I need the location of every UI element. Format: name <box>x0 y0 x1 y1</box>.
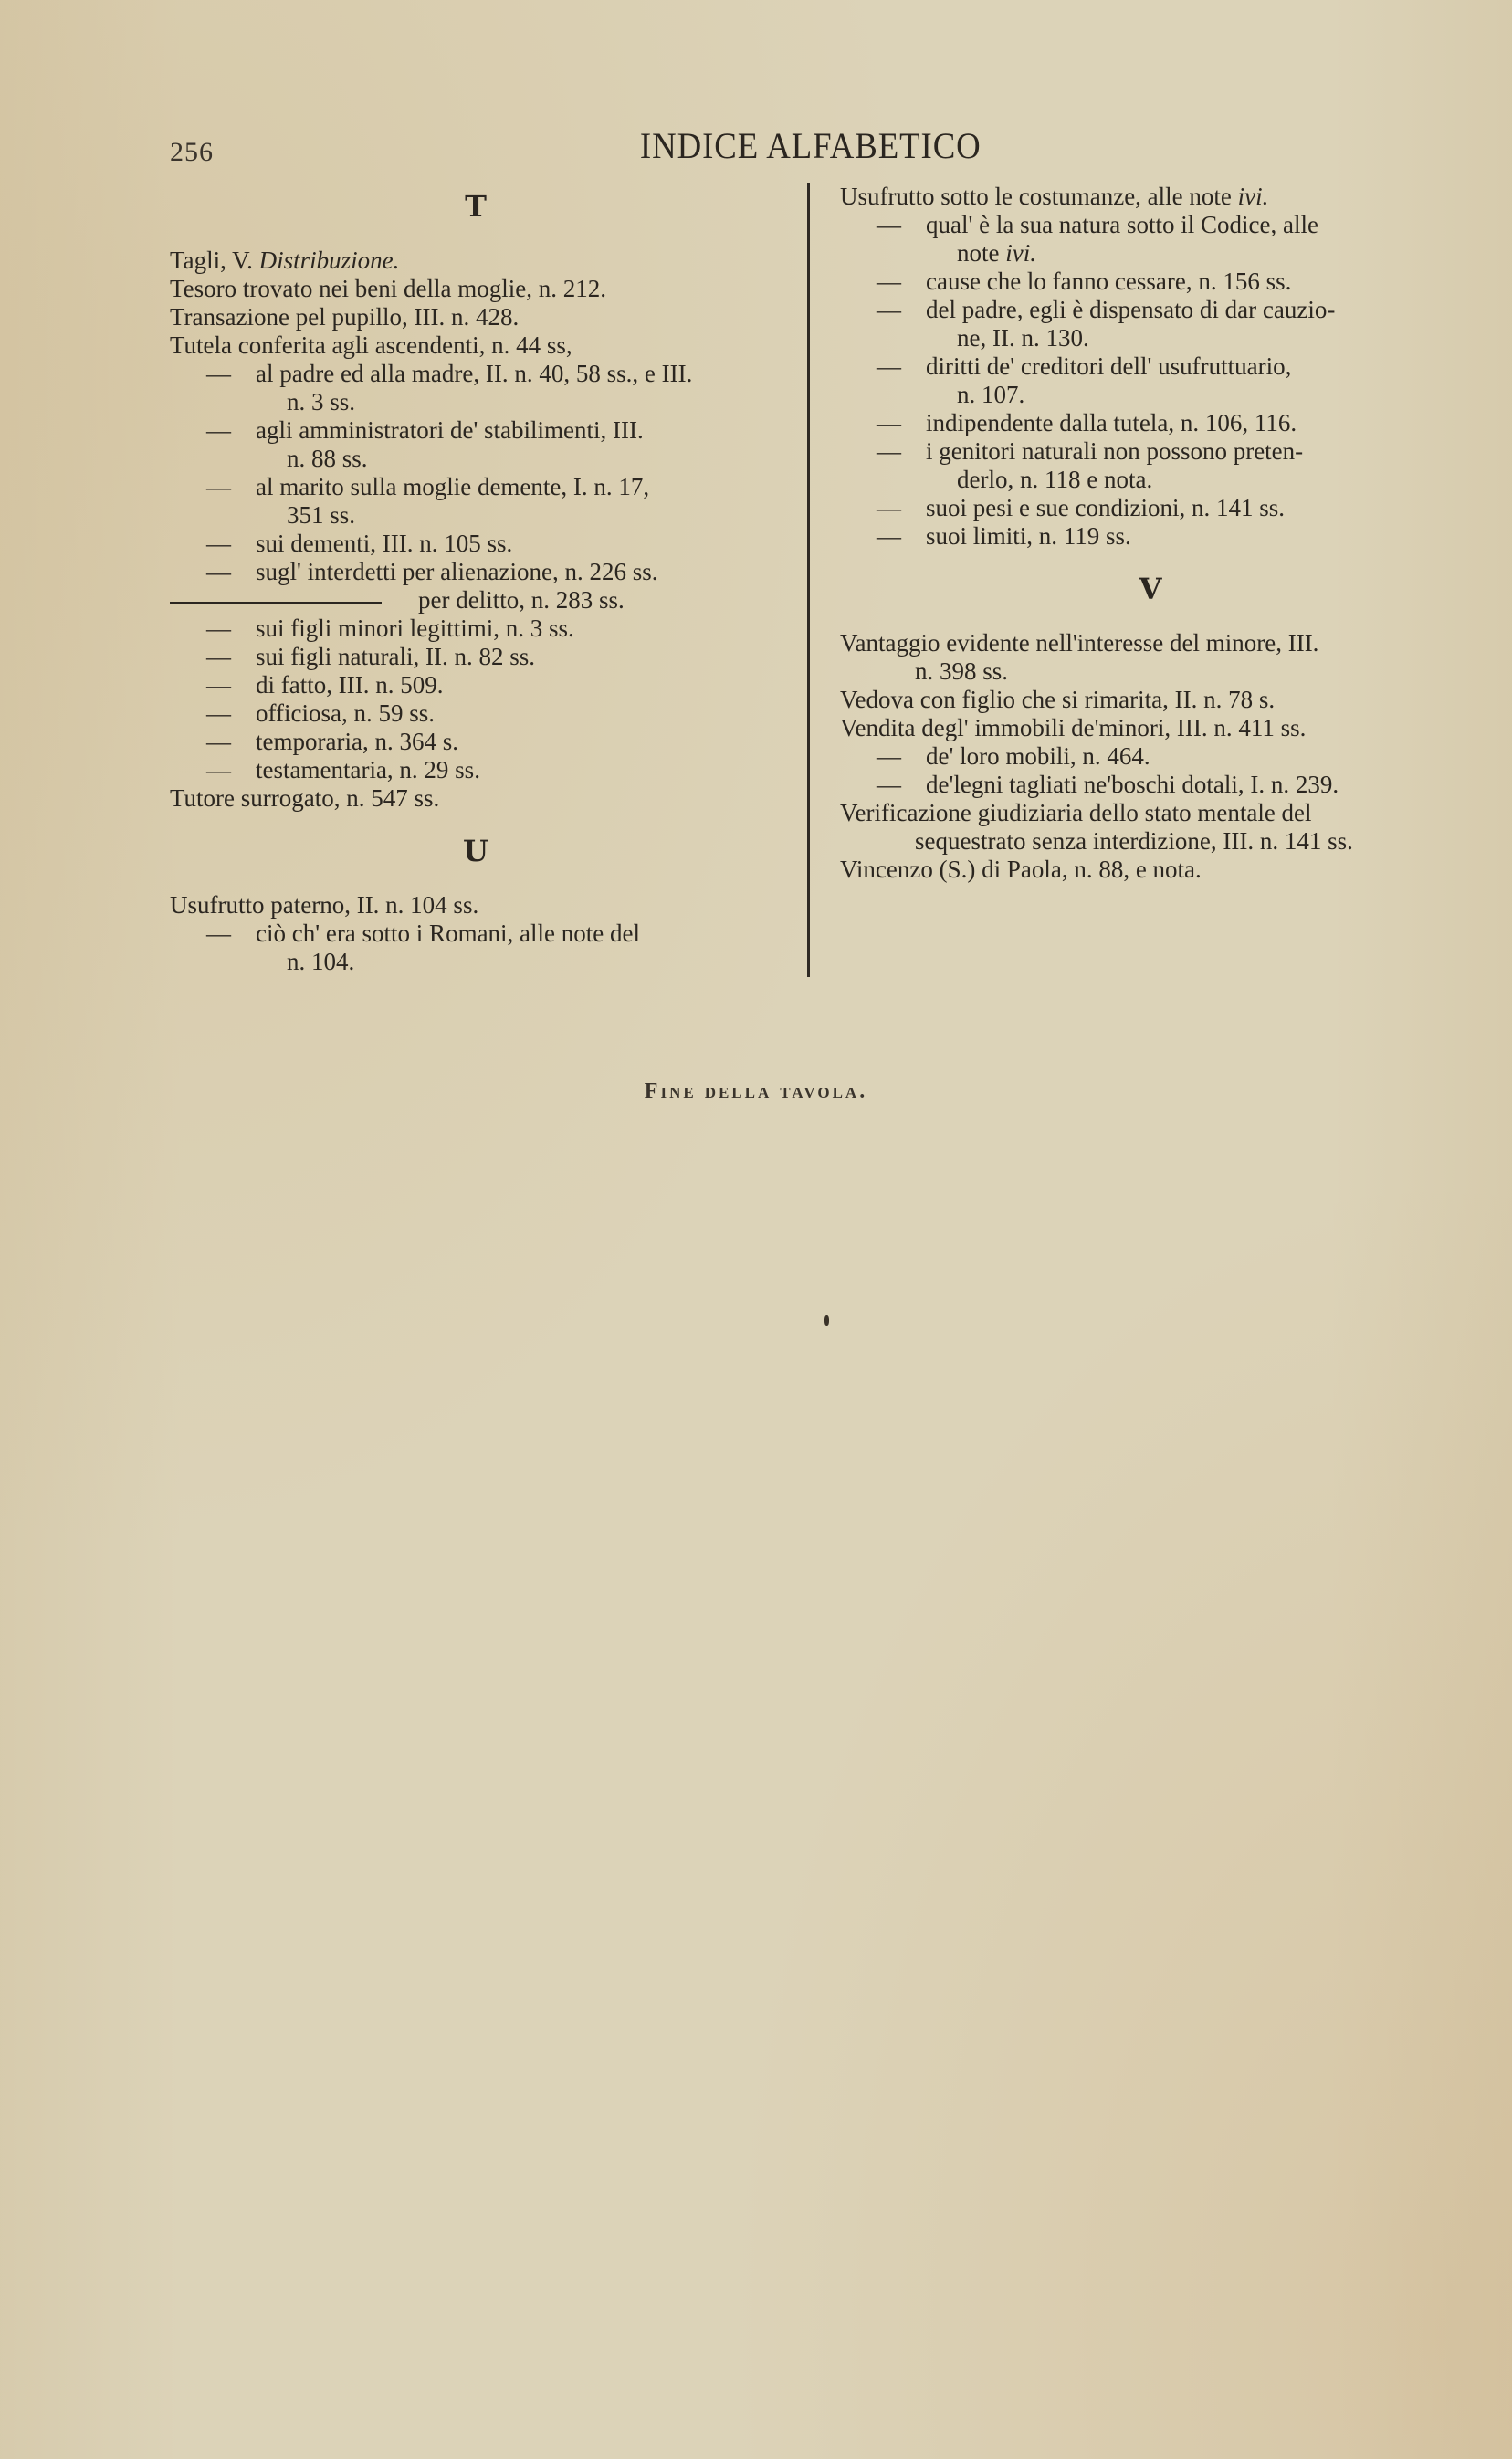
running-head-title: INDICE ALFABETICO <box>640 124 982 167</box>
em-dash: — <box>877 268 926 296</box>
index-subentry: —sui dementi, III. n. 105 ss. <box>170 530 782 558</box>
column-divider <box>807 183 810 977</box>
index-entry: Vendita degl' immobili de'minori, III. n… <box>840 714 1461 742</box>
index-entry: Tesoro trovato nei beni della moglie, n.… <box>170 275 782 303</box>
index-subentry: —sui figli minori legittimi, n. 3 ss. <box>170 615 782 643</box>
index-entry: Vedova con figlio che si rimarita, II. n… <box>840 686 1461 714</box>
index-subentry: —diritti de' creditori dell' usufruttuar… <box>840 352 1461 409</box>
index-subentry: —sui figli naturali, II. n. 82 ss. <box>170 643 782 671</box>
em-dash: — <box>206 671 256 699</box>
index-entry: Transazione pel pupillo, III. n. 428. <box>170 303 782 331</box>
em-dash: — <box>877 771 926 799</box>
section-letter-u: U <box>170 833 782 869</box>
em-dash: — <box>206 360 256 388</box>
index-entry: Vincenzo (S.) di Paola, n. 88, e nota. <box>840 856 1461 884</box>
index-subentry: —al marito sulla moglie demente, I. n. 1… <box>170 473 782 530</box>
em-dash: — <box>877 352 926 381</box>
em-dash: — <box>877 409 926 437</box>
index-subentry: —indipendente dalla tutela, n. 106, 116. <box>840 409 1461 437</box>
em-dash: — <box>877 494 926 522</box>
em-dash: — <box>206 643 256 671</box>
em-dash: — <box>206 558 256 586</box>
index-subentry: —i genitori naturali non possono preten-… <box>840 437 1461 494</box>
em-dash: — <box>206 699 256 728</box>
section-letter-t: T <box>170 188 782 225</box>
em-dash: — <box>206 756 256 784</box>
left-column: T Tagli, V. Distribuzione. Tesoro trovat… <box>170 183 782 976</box>
em-dash: — <box>206 530 256 558</box>
index-subentry: —sugl' interdetti per alienazione, n. 22… <box>170 558 782 586</box>
em-dash: — <box>206 919 256 948</box>
em-dash: — <box>206 728 256 756</box>
index-subentry: —officiosa, n. 59 ss. <box>170 699 782 728</box>
index-subentry: —suoi limiti, n. 119 ss. <box>840 522 1461 551</box>
em-dash: — <box>877 437 926 466</box>
index-entry: Verificazione giudiziaria dello stato me… <box>840 799 1461 856</box>
index-subentry: —agli amministratori de' stabilimenti, I… <box>170 416 782 473</box>
index-subentry: —de' loro mobili, n. 464. <box>840 742 1461 771</box>
em-dash: — <box>206 473 256 501</box>
em-dash: — <box>877 211 926 239</box>
em-dash: — <box>206 416 256 445</box>
running-head: INDICE ALFABETICO <box>60 124 1452 167</box>
index-entry: Usufrutto sotto le costumanze, alle note… <box>840 183 1461 211</box>
index-entry: Tagli, V. Distribuzione. <box>170 247 782 275</box>
index-subentry: —testamentaria, n. 29 ss. <box>170 756 782 784</box>
index-subentry: —del padre, egli è dispensato di dar cau… <box>840 296 1461 352</box>
em-dash: — <box>206 615 256 643</box>
em-dash: — <box>877 296 926 324</box>
index-subentry: —cause che lo fanno cessare, n. 156 ss. <box>840 268 1461 296</box>
index-entry: Vantaggio evidente nell'interesse del mi… <box>840 629 1461 686</box>
em-dash: — <box>877 522 926 551</box>
index-subentry: —qual' è la sua natura sotto il Codice, … <box>840 211 1461 268</box>
right-column: Usufrutto sotto le costumanze, alle note… <box>840 183 1461 884</box>
index-entry: Tutore surrogato, n. 547 ss. <box>170 784 782 813</box>
end-of-table-note: Fine della tavola. <box>0 1079 1512 1104</box>
index-entry: Tutela conferita agli ascendenti, n. 44 … <box>170 331 782 360</box>
index-subentry: —ciò ch' era sotto i Romani, alle note d… <box>170 919 782 976</box>
index-subentry: —temporaria, n. 364 s. <box>170 728 782 756</box>
index-subentry: —di fatto, III. n. 509. <box>170 671 782 699</box>
section-letter-v: V <box>840 571 1461 607</box>
em-dash: — <box>877 742 926 771</box>
index-subentry: —de'legni tagliati ne'boschi dotali, I. … <box>840 771 1461 799</box>
ditto-rule <box>170 602 382 604</box>
index-entry: Usufrutto paterno, II. n. 104 ss. <box>170 891 782 919</box>
index-subentry: —al padre ed alla madre, II. n. 40, 58 s… <box>170 360 782 416</box>
index-subentry: —suoi pesi e sue condizioni, n. 141 ss. <box>840 494 1461 522</box>
paper-speck <box>824 1315 829 1326</box>
index-subentry-ditto: per delitto, n. 283 ss. <box>170 586 782 615</box>
